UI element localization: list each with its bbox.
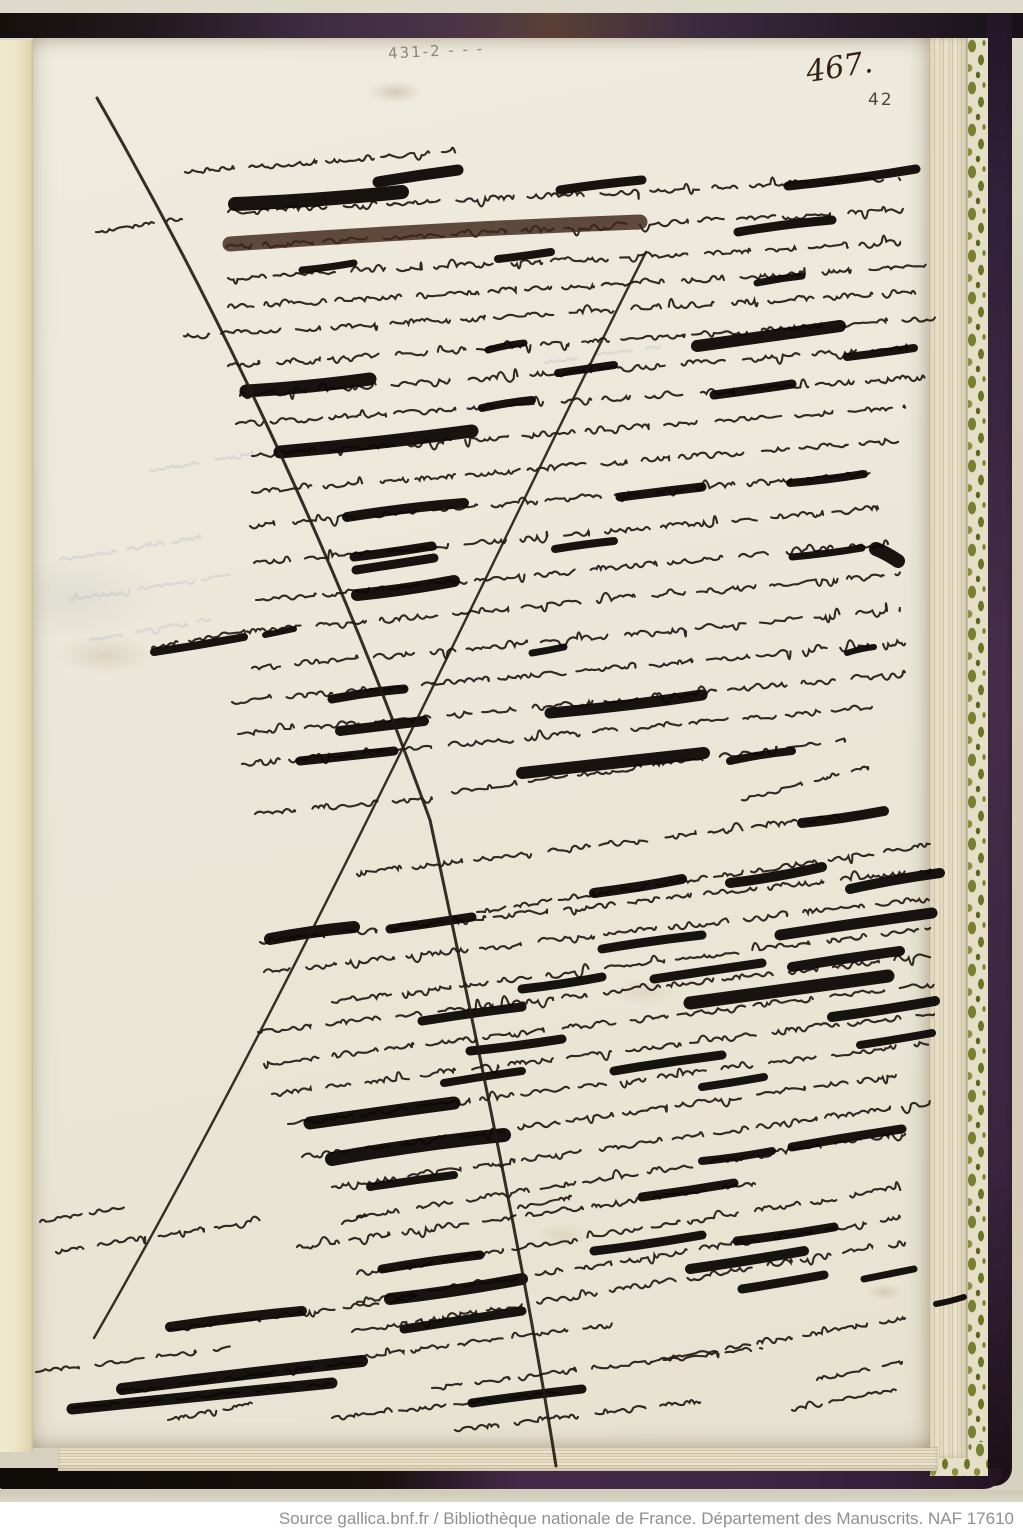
handwriting-stroke — [432, 1348, 762, 1390]
strikethrough-stroke — [614, 1055, 722, 1071]
strikethrough-stroke — [390, 917, 472, 929]
strikethrough-stroke — [780, 913, 932, 935]
source-caption-text: Source gallica.bnf.fr / Bibliothèque nat… — [279, 1502, 1014, 1535]
photo-bottom-margin — [0, 1490, 1023, 1502]
strikethrough-stroke — [470, 1039, 562, 1051]
strikethrough-stroke — [522, 977, 602, 989]
handwriting-line — [238, 671, 905, 735]
handwriting-stroke — [40, 1208, 124, 1223]
handwriting-stroke — [185, 148, 455, 173]
handwriting-stroke — [255, 797, 432, 814]
strikethrough-stroke — [702, 1077, 764, 1087]
strikethrough-stroke — [642, 1183, 734, 1197]
strikethrough-stroke — [742, 1275, 824, 1289]
handwriting-line: du public — [817, 1362, 902, 1381]
strikethrough-stroke — [332, 689, 404, 699]
handwriting-line — [168, 1403, 252, 1420]
scan-stage: dans la lumière vive quila table à ouvra… — [0, 0, 1023, 1535]
ghost-stroke — [150, 452, 253, 471]
stamped-page-number: 42 — [868, 90, 894, 110]
handwriting-line — [652, 1318, 905, 1363]
strikethrough-stroke — [737, 1227, 834, 1241]
handwriting-line — [352, 1241, 905, 1332]
strikethrough-stroke — [390, 1279, 522, 1299]
strikethrough-stroke — [714, 384, 792, 395]
handwriting-line — [432, 1348, 762, 1390]
handwriting-line — [36, 1346, 230, 1372]
manuscript-photo: dans la lumière vive quila table à ouvra… — [0, 0, 1023, 1490]
handwriting-stroke — [168, 1403, 252, 1420]
handwriting-stroke — [742, 767, 868, 801]
handwriting-line: la table à ouvrage, tous ses meubles. En… — [228, 265, 926, 308]
strikethrough-stroke — [370, 1175, 454, 1187]
strikethrough-stroke — [790, 474, 864, 483]
handwriting-line — [792, 1389, 896, 1411]
handwriting-stroke — [452, 739, 845, 794]
strikethrough-stroke — [792, 1129, 902, 1147]
deletion-diagonal — [94, 252, 646, 1338]
strikethrough-marks — [72, 169, 964, 1409]
handwriting-stroke — [352, 1323, 612, 1358]
handwriting-strokes: dans la lumière vive quila table à ouvra… — [36, 148, 935, 1431]
handwriting-stroke — [652, 1318, 905, 1363]
handwriting-layer: dans la lumière vive quila table à ouvra… — [0, 0, 1023, 1490]
strikethrough-stroke — [738, 220, 832, 232]
handwriting-stroke — [357, 815, 838, 877]
handwriting-line — [518, 1196, 571, 1208]
strikethrough-stroke — [560, 180, 642, 190]
strikethrough-stroke — [550, 695, 702, 713]
handwriting-line — [255, 797, 432, 814]
strikethrough-stroke — [235, 192, 402, 204]
strikethrough-stroke — [170, 1311, 302, 1327]
handwriting-line: Quand Frédéric et Mme Dambreuse entrèren… — [357, 815, 838, 877]
strikethrough-stroke — [864, 1269, 914, 1279]
strikethrough-stroke — [847, 647, 874, 653]
strikethrough-stroke — [310, 1103, 454, 1123]
strikethrough-stroke — [936, 1297, 964, 1304]
strikethrough-stroke — [788, 169, 916, 186]
handwriting-stroke — [228, 265, 926, 308]
handwriting-stroke — [477, 844, 930, 912]
strikethrough-stroke — [472, 1389, 582, 1403]
strikethrough-stroke — [482, 400, 532, 408]
ghost-stroke — [60, 535, 200, 560]
strikethrough-stroke — [802, 811, 884, 823]
handwriting-line — [477, 844, 930, 912]
strikethrough-stroke — [876, 549, 898, 561]
handwriting-line — [40, 1208, 124, 1223]
handwriting-line — [742, 767, 868, 801]
handwriting-stroke — [518, 1196, 571, 1208]
strikethrough-stroke — [354, 546, 432, 557]
strikethrough-stroke — [702, 1151, 772, 1161]
strikethrough-stroke — [602, 935, 702, 949]
strikethrough-stroke — [532, 647, 564, 653]
handwriting-line: dans la lumière vive qui — [185, 148, 455, 173]
strikethrough-stroke — [690, 976, 888, 1003]
handwriting-stroke — [817, 1362, 902, 1381]
handwriting-line — [352, 1323, 612, 1358]
deletion-diagonal — [97, 98, 556, 1466]
strikethrough-stroke — [555, 541, 614, 549]
handwriting-stroke — [245, 572, 900, 633]
strikethrough-stroke — [378, 170, 458, 182]
handwriting-stroke — [342, 1214, 367, 1224]
strikethrough-stroke — [357, 581, 454, 595]
strikethrough-stroke — [488, 343, 524, 350]
strikethrough-stroke — [382, 1255, 480, 1269]
strikethrough-stroke — [847, 348, 914, 357]
strikethrough-stroke — [498, 252, 551, 259]
handwriting-stroke — [36, 1346, 230, 1372]
ghost-stroke — [90, 619, 210, 640]
strikethrough-stroke — [522, 753, 704, 773]
handwriting-stroke — [352, 1241, 905, 1332]
strikethrough-stroke — [792, 951, 900, 967]
handwriting-stroke — [238, 671, 905, 735]
handwriting-line — [452, 739, 845, 794]
source-caption-bar: Source gallica.bnf.fr / Bibliothèque nat… — [0, 1502, 1023, 1535]
deletion-diagonals — [94, 98, 646, 1466]
strikethrough-stroke — [594, 879, 682, 893]
handwriting-stroke — [792, 1389, 896, 1411]
handwriting-line: Trois commissionnaires — [245, 572, 900, 633]
strikethrough-stroke — [72, 1383, 332, 1409]
strikethrough-stroke — [730, 751, 792, 761]
strikethrough-stroke — [850, 873, 940, 889]
strikethrough-stroke — [332, 1135, 504, 1159]
strikethrough-stroke — [300, 751, 394, 761]
strikethrough-stroke — [620, 487, 702, 497]
handwriting-line — [342, 1214, 367, 1224]
strikethrough-stroke — [302, 263, 354, 270]
ghost-stroke — [70, 574, 230, 600]
